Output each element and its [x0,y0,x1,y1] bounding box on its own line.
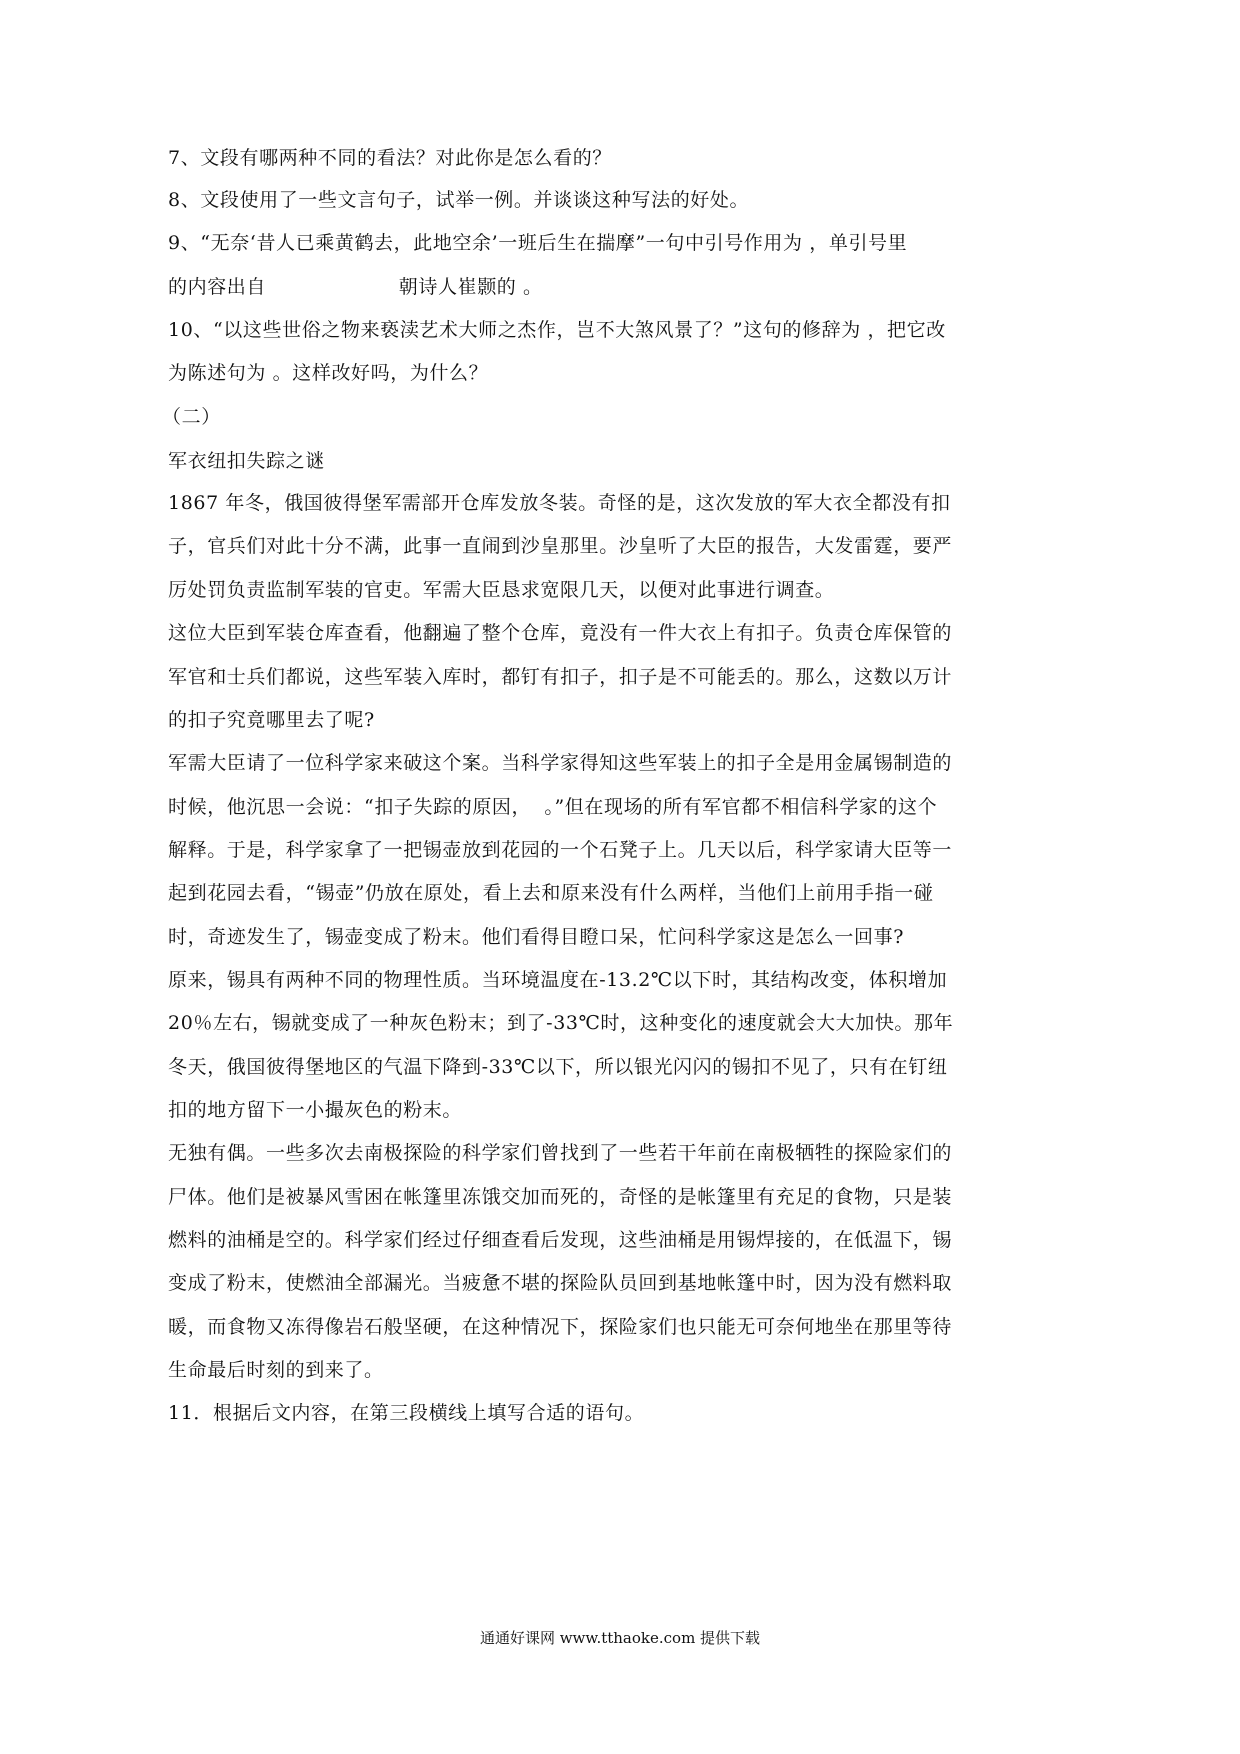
question-10-line-2: 为陈述句为 。这样改好吗，为什么？ [168,363,488,384]
paragraph-1-line: 厉处罚负责监制军装的官吏。军需大臣恳求宽限几天，以便对此事进行调查。 [168,580,834,601]
paragraph-4-line: 扣的地方留下一小撮灰色的粉末。 [168,1100,462,1121]
question-9-line-1: 9、“无奈‘昔人已乘黄鹤去，此地空余’一班后生在揣摩”一句中引号作用为 ，单引号… [168,233,907,254]
paragraph-5-line: 燃料的油桶是空的。科学家们经过仔细查看后发现，这些油桶是用锡焊接的，在低温下，锡 [168,1230,952,1251]
question-number: 9、 [168,232,200,254]
paragraph-3-line: 起到花园去看，“锡壶”仍放在原处，看上去和原来没有什么两样，当他们上前用手指一碰 [168,883,933,904]
paragraph-2-line: 这位大臣到军装仓库查看，他翻遍了整个仓库，竟没有一件大衣上有扣子。负责仓库保管的 [168,623,952,644]
article-title: 军衣纽扣失踪之谜 [168,451,325,472]
paragraph-3-line: 解释。于是，科学家拿了一把锡壶放到花园的一个石凳子上。几天以后，科学家请大臣等一 [168,840,952,861]
question-number: 7、 [168,147,200,169]
paragraph-4-line: 20％左右，锡就变成了一种灰色粉末；到了-33℃时，这种变化的速度就会大大加快。… [168,1013,953,1034]
paragraph-3-line: 军需大臣请了一位科学家来破这个案。当科学家得知这些军装上的扣子全是用金属锡制造的 [168,753,952,774]
question-text: “无奈‘昔人已乘黄鹤去，此地空余’一班后生在揣摩”一句中引号作用为 ，单引号里 [200,232,907,254]
paragraph-3-line: 时，奇迹发生了，锡壶变成了粉末。他们看得目瞪口呆，忙问科学家这是怎么一回事? [168,927,904,948]
paragraph-2-line: 军官和士兵们都说，这些军装入库时，都钉有扣子，扣子是不可能丢的。那么，这数以万计 [168,667,952,688]
question-number: 10、 [168,319,213,341]
paragraph-5-line: 生命最后时刻的到来了。 [168,1360,384,1381]
paragraph-3-line: 时候，他沉思一会说：“扣子失踪的原因， 。”但在现场的所有军官都不相信科学家的这… [168,797,937,818]
paragraph-1-line: 1867 年冬，俄国彼得堡军需部开仓库发放冬装。奇怪的是，这次发放的军大衣全都没… [168,493,951,514]
paragraph-1-line: 子，官兵们对此十分不满，此事一直闹到沙皇那里。沙皇听了大臣的报告，大发雷霆，要严 [168,536,952,557]
paragraph-4-line: 冬天，俄国彼得堡地区的气温下降到-33℃以下，所以银光闪闪的锡扣不见了，只有在钉… [168,1057,947,1078]
paragraph-5-line: 尸体。他们是被暴风雪困在帐篷里冻饿交加而死的，奇怪的是帐篷里有充足的食物，只是装 [168,1187,952,1208]
question-number: 8、 [168,189,200,211]
question-9-line-2: 的内容出自 朝诗人崔颢的 。 [168,277,543,298]
question-text: 文段有哪两种不同的看法？对此你是怎么看的？ [200,147,612,169]
question-text: 文段使用了一些文言句子，试举一例。并谈谈这种写法的好处。 [200,189,749,211]
paragraph-5-line: 暖，而食物又冻得像岩石般坚硬，在这种情况下，探险家们也只能无可奈何地坐在那里等待 [168,1317,952,1338]
paragraph-5-line: 变成了粉末，使燃油全部漏光。当疲惫不堪的探险队员回到基地帐篷中时，因为没有燃料取 [168,1273,952,1294]
question-text: “以这些世俗之物来亵渎艺术大师之杰作，岂不大煞风景了？”这句的修辞为 ，把它改 [213,319,946,341]
footer-credit: 通通好课网 www.tthaoke.com 提供下载 [0,1627,1240,1648]
section-label: （二） [162,407,221,428]
paragraph-5-line: 无独有偶。一些多次去南极探险的科学家们曾找到了一些若干年前在南极牺牲的探险家们的 [168,1143,952,1164]
question-10-line-1: 10、“以这些世俗之物来亵渎艺术大师之杰作，岂不大煞风景了？”这句的修辞为 ，把… [168,320,946,341]
paragraph-4-line: 原来，锡具有两种不同的物理性质。当环境温度在-13.2℃以下时，其结构改变，体积… [168,970,947,991]
question-7: 7、文段有哪两种不同的看法？对此你是怎么看的？ [168,148,612,169]
question-8: 8、文段使用了一些文言句子，试举一例。并谈谈这种写法的好处。 [168,190,749,211]
question-11: 11．根据后文内容，在第三段横线上填写合适的语句。 [168,1403,644,1424]
paragraph-2-line: 的扣子究竟哪里去了呢? [168,710,375,731]
